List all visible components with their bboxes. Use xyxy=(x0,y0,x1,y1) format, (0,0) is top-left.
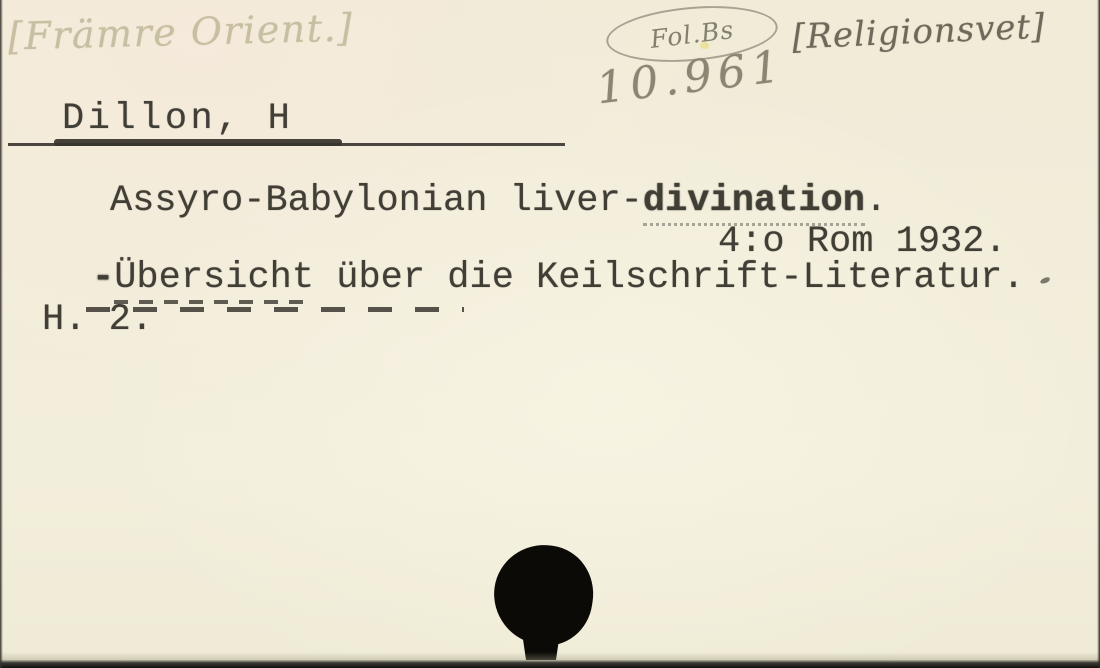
series-emphasis: Übersicht xyxy=(114,257,314,304)
series-line: -Übersicht über die Keilschrift-Literatu… xyxy=(92,256,1025,300)
author-heading: Dillon, H xyxy=(62,97,293,141)
title-period: . xyxy=(865,180,887,222)
paper-fleck xyxy=(700,42,709,49)
card-bottom-edge xyxy=(0,660,1100,668)
pencil-subject-note: [Religionsvet] xyxy=(791,0,1047,67)
heading-underline-heavy xyxy=(54,139,342,146)
title-prefix: Assyro-Babylonian liver- xyxy=(110,180,643,222)
pencil-region-note: [Främre Orient.] xyxy=(7,0,354,65)
volume-note: H. 2. xyxy=(42,298,153,342)
card-left-edge xyxy=(0,0,3,668)
catalog-card-scan: [Främre Orient.] Fol.Bs [Religionsvet] 1… xyxy=(0,0,1100,668)
series-dash: - xyxy=(92,257,114,299)
series-rest: über die Keilschrift-Literatur. xyxy=(314,257,1025,299)
title-line: Assyro-Babylonian liver-divination. xyxy=(110,179,887,223)
